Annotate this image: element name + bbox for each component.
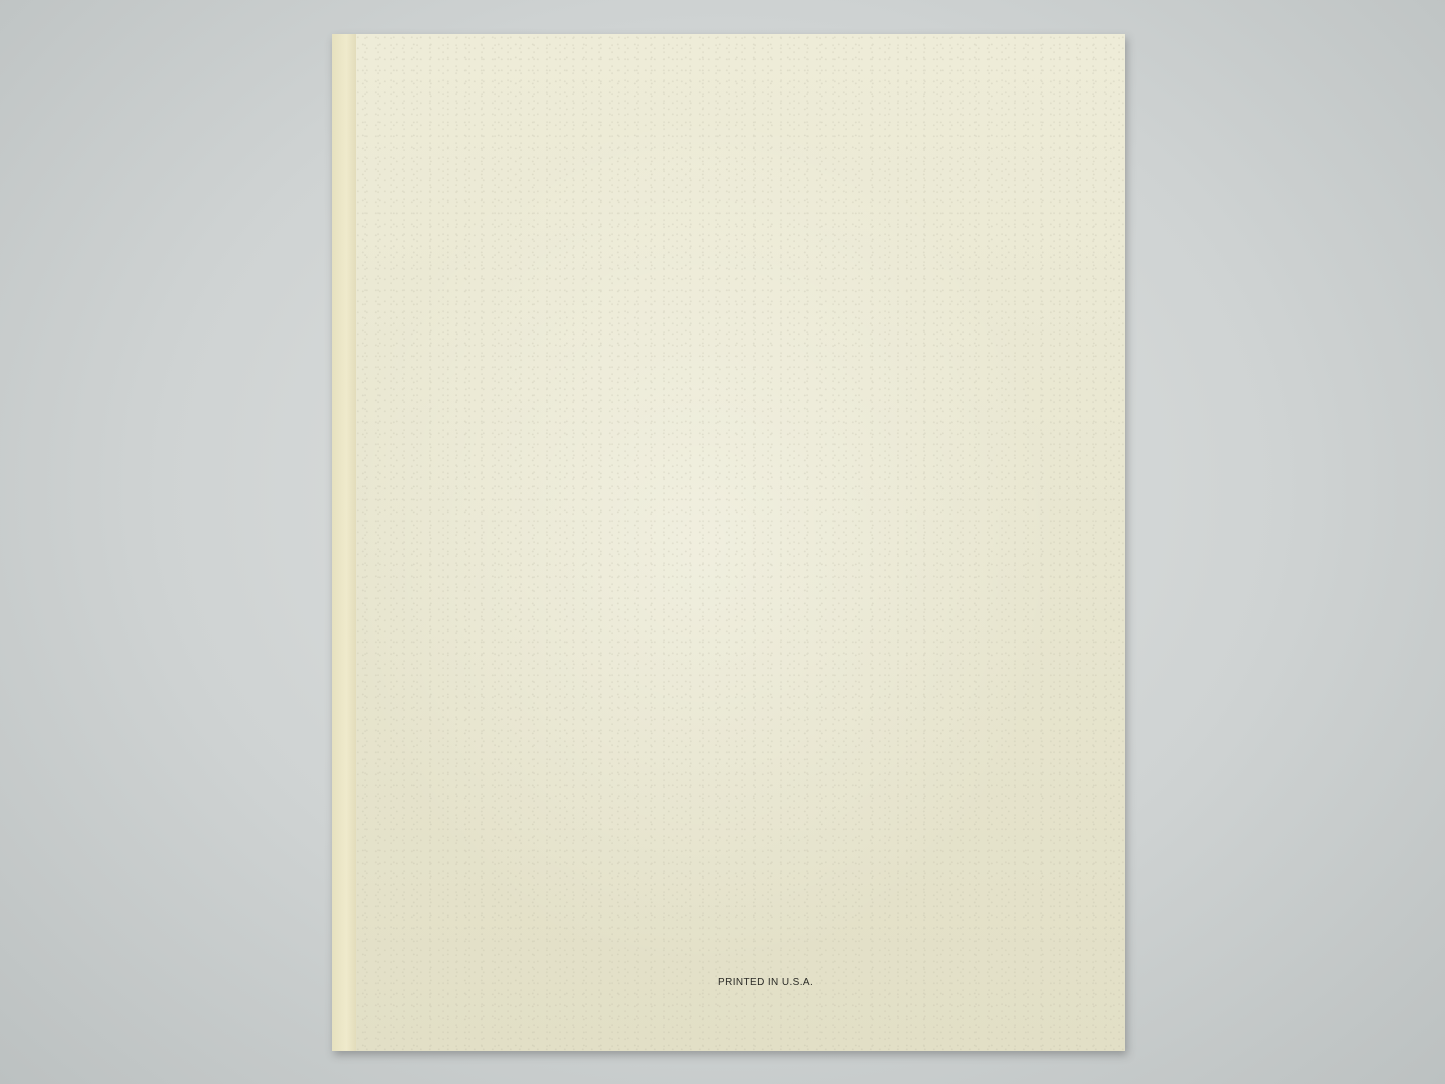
book: PRINTED IN U.S.A. [332,34,1125,1051]
printed-in-usa-label: PRINTED IN U.S.A. [718,977,813,988]
book-spine [332,34,357,1051]
back-cover: PRINTED IN U.S.A. [356,34,1125,1051]
paper-texture [356,34,1125,1051]
